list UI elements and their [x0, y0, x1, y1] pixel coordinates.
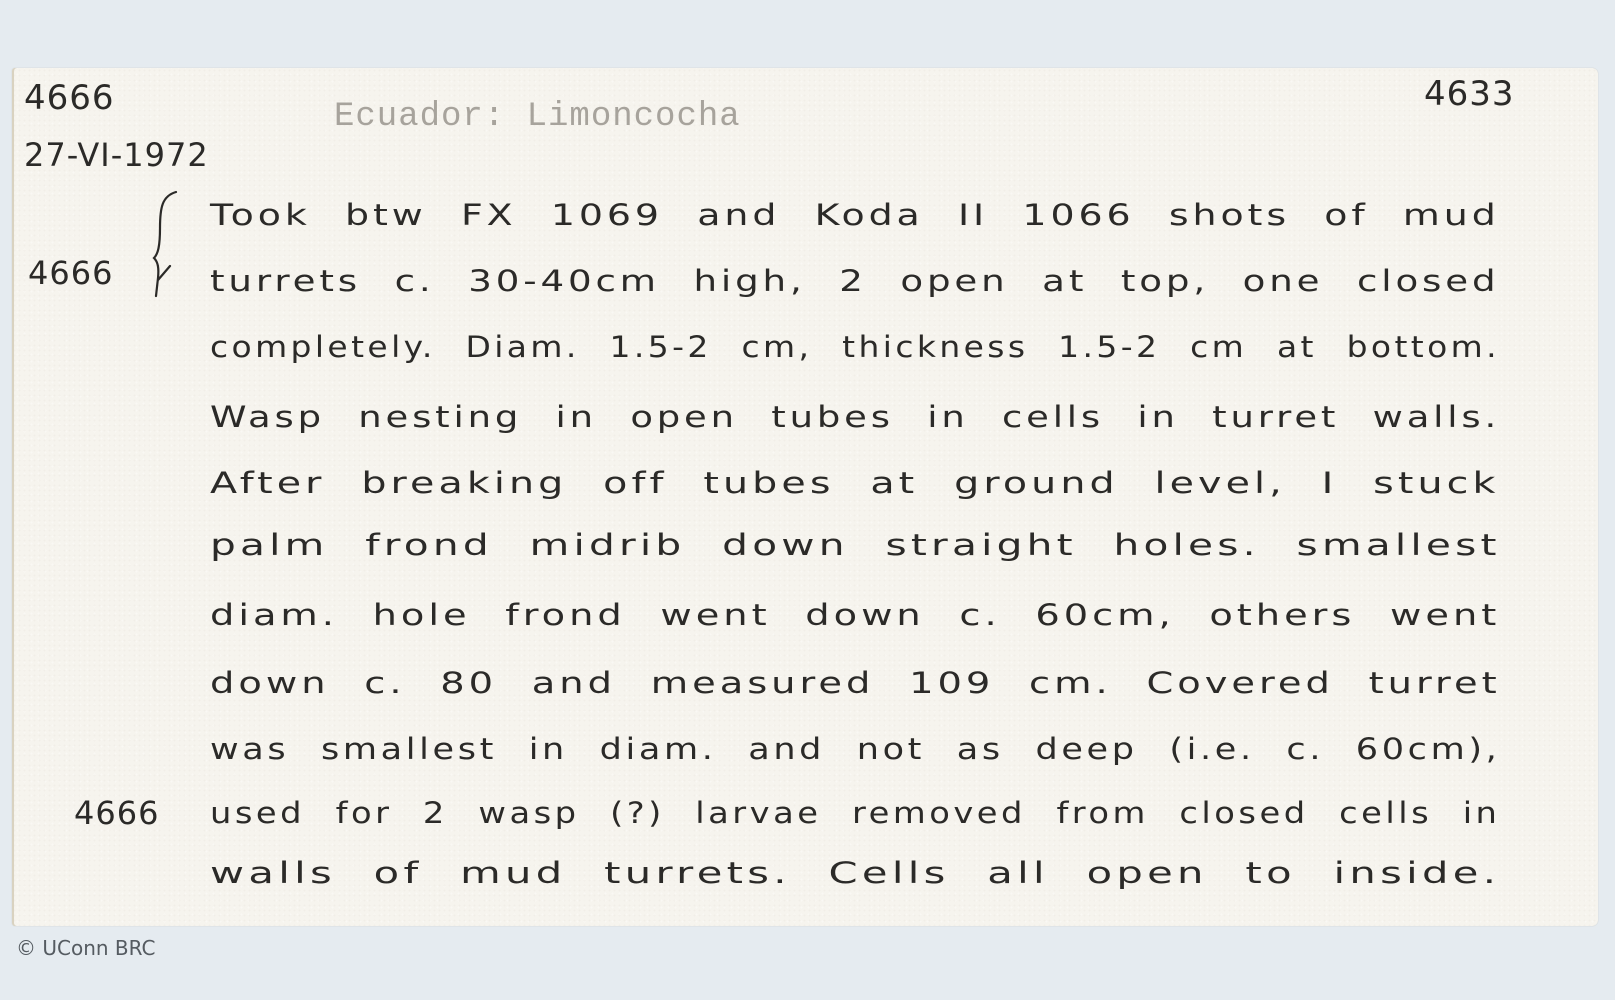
note-line: diam. hole frond went down c. 60cm, othe…	[210, 598, 1500, 632]
margin-number: 4666	[74, 794, 159, 832]
note-line: Wasp nesting in open tubes in cells in t…	[210, 400, 1500, 434]
brace-icon	[150, 188, 180, 298]
note-line: completely. Diam. 1.5-2 cm, thickness 1.…	[210, 330, 1500, 364]
note-line: After breaking off tubes at ground level…	[210, 466, 1500, 500]
catalog-number-top-right: 4633	[1424, 74, 1515, 114]
note-line: walls of mud turrets. Cells all open to …	[210, 856, 1500, 890]
note-line: was smallest in diam. and not as deep (i…	[210, 732, 1500, 766]
catalog-number-top-left: 4666	[24, 78, 115, 118]
margin-number: 4666	[28, 254, 113, 292]
note-line: down c. 80 and measured 109 cm. Covered …	[210, 666, 1501, 700]
field-note-card: 4666 Ecuador: Limoncocha 4633 27-VI-1972…	[12, 68, 1598, 926]
note-line: turrets c. 30-40cm high, 2 open at top, …	[210, 264, 1499, 298]
note-line: Took btw FX 1069 and Koda II 1066 shots …	[210, 198, 1500, 232]
locality-stamp: Ecuador: Limoncocha	[334, 98, 741, 136]
copyright-notice: © UConn BRC	[16, 936, 156, 960]
note-line: palm frond midrib down straight holes. s…	[210, 528, 1501, 562]
collection-date: 27-VI-1972	[24, 136, 209, 174]
note-line: used for 2 wasp (?) larvae removed from …	[210, 796, 1500, 830]
